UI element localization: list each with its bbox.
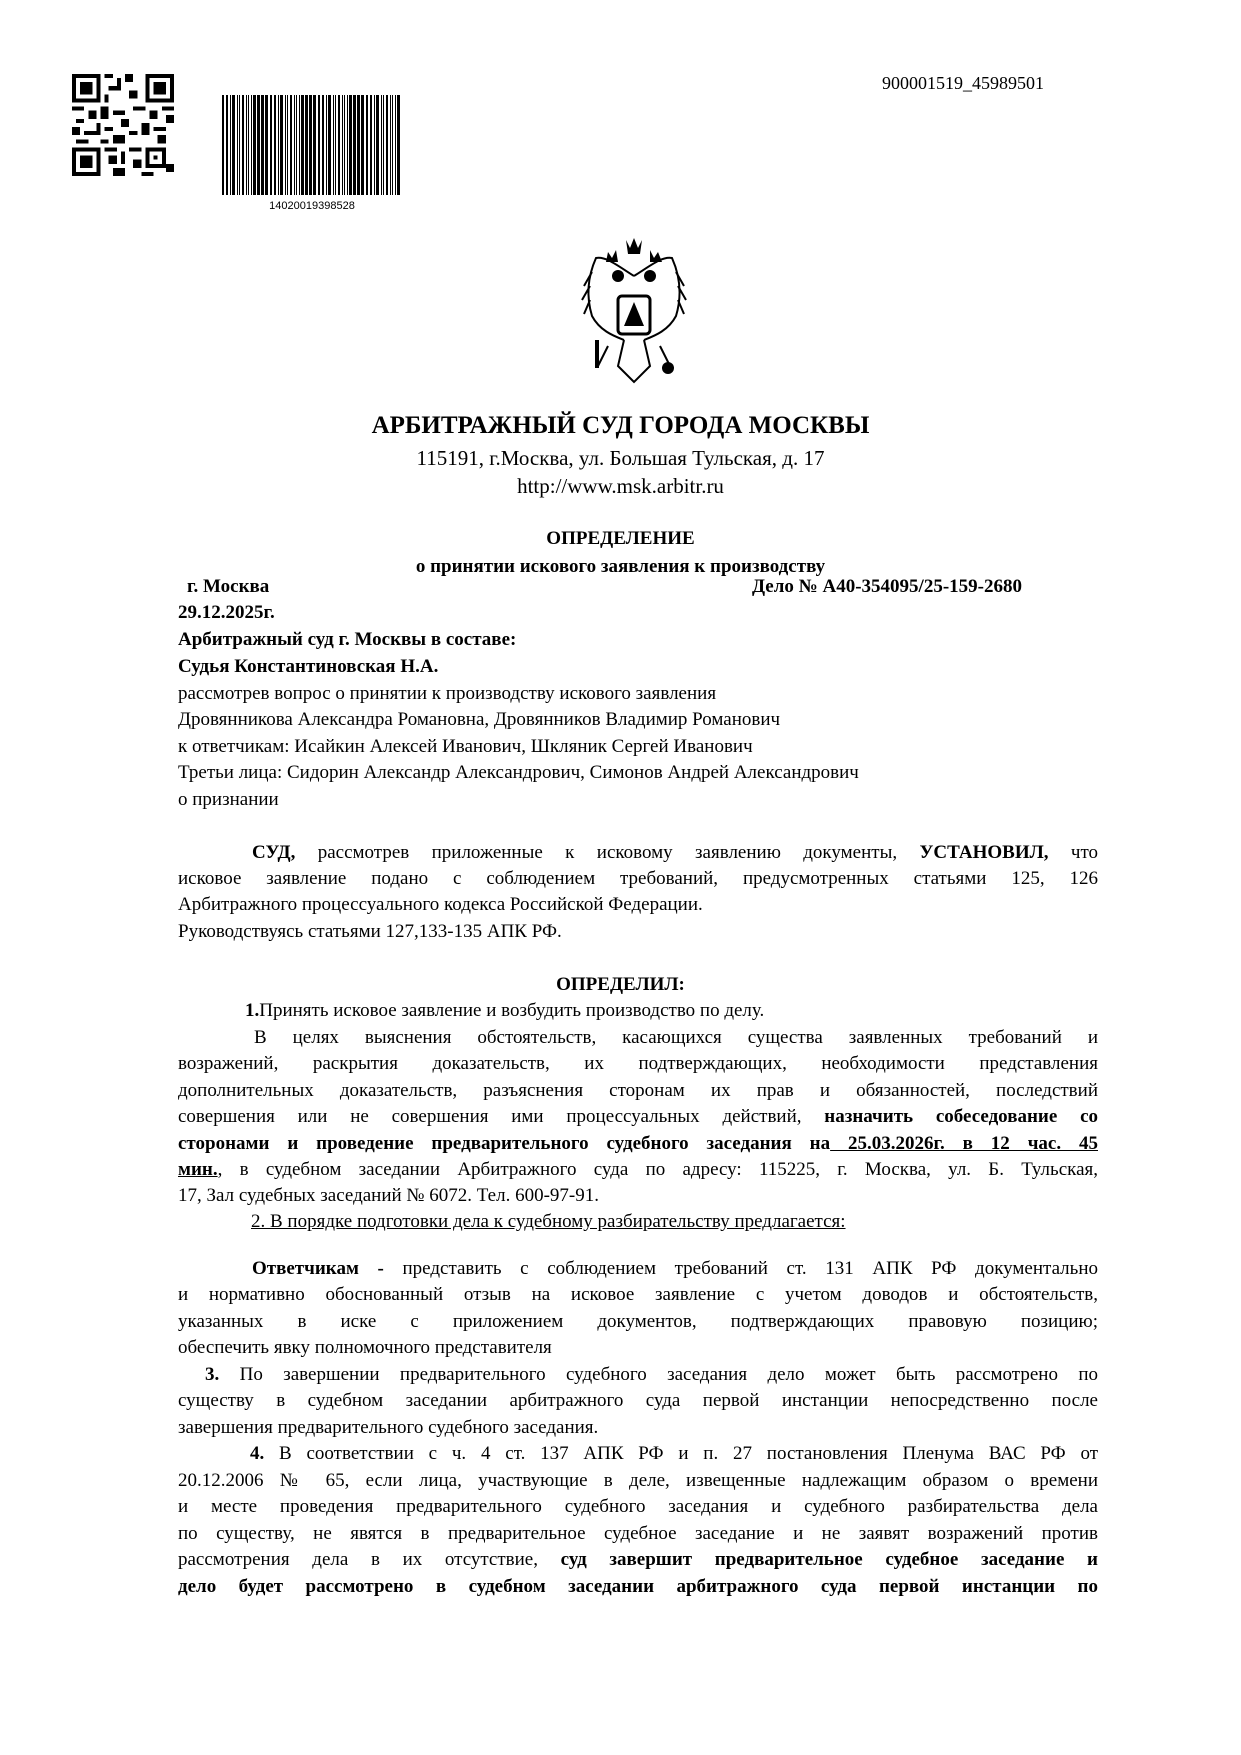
document-id: 900001519_45989501	[882, 73, 1044, 94]
case-number: Дело № А40-354095/25-159-2680	[752, 574, 1022, 600]
considering-text: рассмотрев вопрос о принятии к производс…	[178, 681, 1098, 707]
preliminary-hearing-line-7: 17, Зал судебных заседаний № 6072. Тел. …	[178, 1183, 1098, 1209]
text: В соответствии с ч. 4 ст. 137 АПК РФ и п…	[264, 1443, 1098, 1464]
established-text: рассмотрев приложенные к исковому заявле…	[295, 842, 919, 863]
court-address: 115191, г.Москва, ул. Большая Тульская, …	[0, 446, 1241, 471]
established-line-4: Руководствуясь статьями 127,133-135 АПК …	[178, 919, 1098, 945]
decision-item-4-line-6: дело будет рассмотрено в судебном заседа…	[178, 1574, 1098, 1600]
barcode-icon	[222, 95, 402, 195]
preliminary-hearing-line-5: сторонами и проведение предварительного …	[178, 1131, 1098, 1157]
qr-code-icon	[72, 72, 174, 178]
judge-name: Судья Константиновская Н.А.	[178, 654, 1098, 680]
decision-item-4-line-5: рассмотрения дела в их отсутствие, суд з…	[178, 1547, 1098, 1573]
decision-date: 29.12.2025г.	[178, 600, 1098, 626]
bold-text: назначить собеседование со	[824, 1106, 1098, 1127]
item-number: 3.	[205, 1364, 219, 1385]
third-parties: Третьи лица: Сидорин Александр Александр…	[178, 760, 1098, 786]
court-composition: Арбитражный суд г. Москвы в составе:	[178, 627, 1098, 653]
court-name: АРБИТРАЖНЫЙ СУД ГОРОДА МОСКВЫ	[0, 412, 1241, 440]
hearing-datetime: 25.03.2026г. в 12 час. 45	[830, 1133, 1098, 1154]
established-line-2: исковое заявление подано с соблюдением т…	[178, 866, 1098, 892]
decision-item-4-line-2: 20.12.2006 № 65, если лица, участвующие …	[178, 1468, 1098, 1494]
item-number: 1.	[245, 1000, 259, 1021]
defendants-instruction-line-2: и нормативно обоснованный отзыв на исков…	[178, 1282, 1098, 1308]
decision-item-4-line-3: и месте проведения предварительного суде…	[178, 1494, 1098, 1520]
item-text: Принять исковое заявление и возбудить пр…	[259, 1000, 764, 1021]
bold-text: сторонами и проведение предварительного …	[178, 1133, 830, 1154]
established-paragraph: СУД, рассмотрев приложенные к исковому з…	[178, 840, 1098, 866]
defendants-instruction-line-3: указанных в иске с приложением документо…	[178, 1309, 1098, 1335]
decision-item-1: 1.Принять исковое заявление и возбудить …	[245, 998, 1165, 1024]
text: По завершении предварительного судебного…	[219, 1364, 1098, 1385]
established-label: УСТАНОВИЛ,	[919, 842, 1048, 863]
preliminary-hearing-line-3: дополнительных доказательств, разъяснени…	[178, 1078, 1098, 1104]
court-label: СУД,	[252, 842, 295, 863]
text: представить с соблюдением требований ст.…	[384, 1258, 1098, 1279]
preliminary-hearing-line-6: мин., в судебном заседании Арбитражного …	[178, 1157, 1098, 1183]
decision-item-2: 2. В порядке подготовки дела к судебному…	[251, 1209, 1171, 1235]
text: , в судебном заседании Арбитражного суда…	[218, 1159, 1098, 1180]
defendants-instruction-line-1: Ответчикам - представить с соблюдением т…	[178, 1256, 1098, 1282]
established-text-2: что	[1049, 842, 1099, 863]
preliminary-hearing-line-4: совершения или не совершения ими процесс…	[178, 1104, 1098, 1130]
decision-item-3-line-3: завершения предварительного судебного за…	[178, 1415, 1098, 1441]
claim-subject: о признании	[178, 787, 1098, 813]
barcode-number: 14020019398528	[222, 200, 402, 212]
item-number: 4.	[250, 1443, 264, 1464]
established-line-3: Арбитражного процессуального кодекса Рос…	[178, 892, 1098, 918]
defendants-instruction-line-4: обеспечить явку полномочного представите…	[178, 1335, 1098, 1361]
decision-item-4-line-1: 4. В соответствии с ч. 4 ст. 137 АПК РФ …	[178, 1441, 1098, 1467]
text: рассмотрения дела в их отсутствие,	[178, 1549, 561, 1570]
decision-item-3-line-2: существу в судебном заседании арбитражно…	[178, 1388, 1098, 1414]
decision-item-4-line-4: по существу, не явятся в предварительное…	[178, 1521, 1098, 1547]
decision-item-3-line-1: 3. По завершении предварительного судебн…	[178, 1362, 1098, 1388]
bold-text: суд завершит предварительное судебное за…	[561, 1549, 1098, 1570]
coat-of-arms-icon	[578, 236, 690, 384]
court-url: http://www.msk.arbitr.ru	[0, 474, 1241, 499]
defendants: к ответчикам: Исайкин Алексей Иванович, …	[178, 734, 1098, 760]
preliminary-hearing-line-1: В целях выяснения обстоятельств, касающи…	[178, 1025, 1098, 1051]
preliminary-hearing-line-2: возражений, раскрытия доказательств, их …	[178, 1051, 1098, 1077]
defendants-label: Ответчикам -	[252, 1258, 384, 1279]
document-title: ОПРЕДЕЛЕНИЕ	[0, 528, 1241, 550]
hearing-datetime-end: мин.	[178, 1159, 218, 1180]
decided-heading: ОПРЕДЕЛИЛ:	[0, 972, 1241, 998]
plaintiffs: Дровянникова Александра Романовна, Дровя…	[178, 707, 1098, 733]
text: совершения или не совершения ими процесс…	[178, 1106, 824, 1127]
